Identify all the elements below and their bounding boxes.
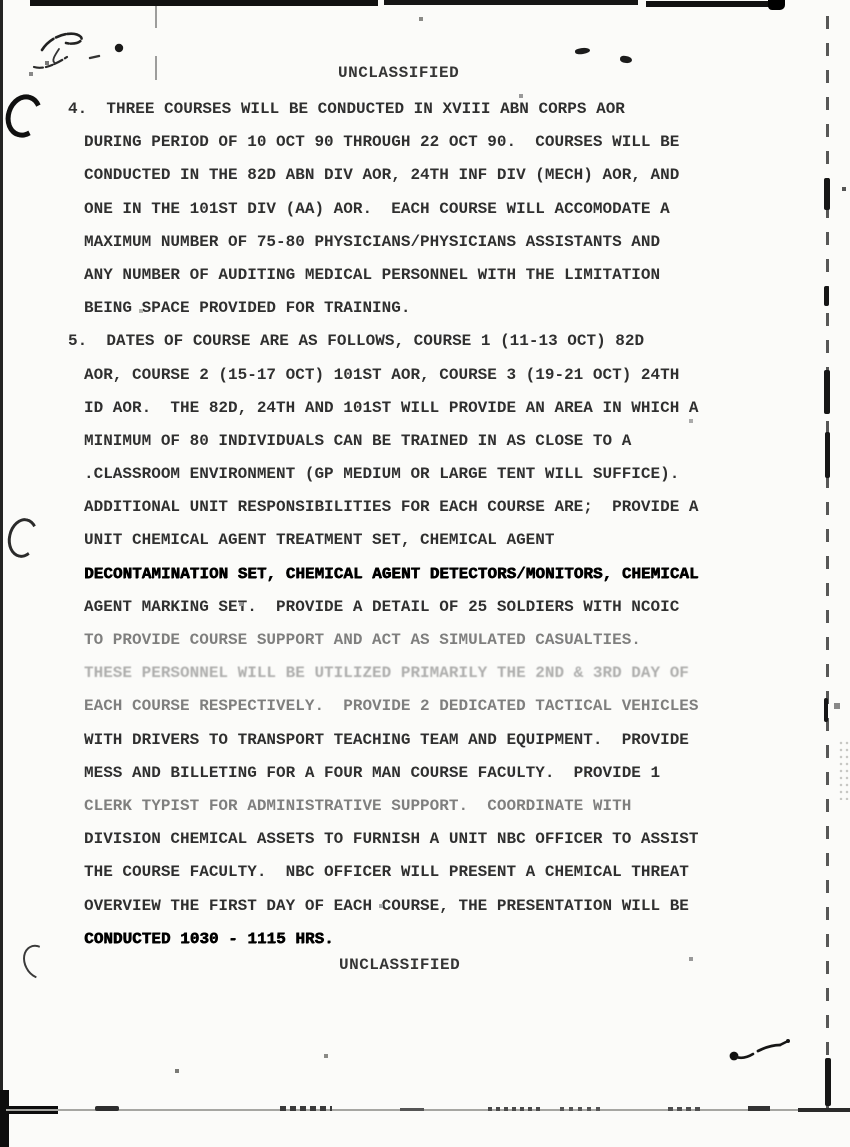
text-line: BEING SPACE PROVIDED FOR TRAINING. — [0, 292, 850, 325]
left-edge-scan-line — [0, 0, 3, 1147]
vertical-dash-mark — [155, 6, 157, 28]
text-line: UNIT CHEMICAL AGENT TREATMENT SET, CHEMI… — [0, 524, 850, 557]
text-line: THE COURSE FACULTY. NBC OFFICER WILL PRE… — [0, 856, 850, 889]
bottom-edge-ink-segment — [488, 1107, 544, 1111]
text-line: WITH DRIVERS TO TRANSPORT TEACHING TEAM … — [0, 724, 850, 757]
right-edge-ink-blob — [824, 178, 830, 210]
text-line: .CLASSROOM ENVIRONMENT (GP MEDIUM OR LAR… — [0, 458, 850, 491]
text-line: ID AOR. THE 82D, 24TH AND 101ST WILL PRO… — [0, 392, 850, 425]
top-edge-scan-line — [646, 1, 776, 7]
pen-check-mark — [722, 1036, 797, 1066]
right-edge-ink-blob — [824, 286, 829, 306]
top-edge-scan-line — [30, 0, 378, 6]
ink-smudge-mark — [575, 47, 591, 55]
text-line: MESS AND BILLETING FOR A FOUR MAN COURSE… — [0, 757, 850, 790]
classification-header: UNCLASSIFIED — [338, 64, 459, 82]
right-edge-ink-blob — [825, 1058, 831, 1106]
right-edge-ink-blob — [825, 432, 830, 478]
bottom-edge-scan-line — [6, 1109, 846, 1111]
scan-speckles — [0, 0, 2, 2]
text-line: DURING PERIOD OF 10 OCT 90 THROUGH 22 OC… — [0, 126, 850, 159]
document-lines: 4. THREE COURSES WILL BE CONDUCTED IN XV… — [0, 93, 850, 956]
text-line: AOR, COURSE 2 (15-17 OCT) 101ST AOR, COU… — [0, 359, 850, 392]
top-edge-ink-blob — [768, 0, 785, 10]
bottom-edge-ink-segment — [560, 1107, 604, 1111]
vertical-dash-mark — [155, 56, 157, 80]
bottom-edge-ink-segment — [400, 1108, 424, 1111]
bottom-edge-ink-segment — [798, 1108, 850, 1112]
top-edge-scan-line — [384, 0, 638, 5]
text-line: DECONTAMINATION SET, CHEMICAL AGENT DETE… — [0, 558, 850, 591]
text-line: TO PROVIDE COURSE SUPPORT AND ACT AS SIM… — [0, 624, 850, 657]
classification-footer: UNCLASSIFIED — [339, 956, 460, 974]
text-line: CONDUCTED 1030 - 1115 HRS. — [0, 923, 850, 956]
text-line: DIVISION CHEMICAL ASSETS TO FURNISH A UN… — [0, 823, 850, 856]
text-line: 4. THREE COURSES WILL BE CONDUCTED IN XV… — [0, 93, 850, 126]
text-line: MINIMUM OF 80 INDIVIDUALS CAN BE TRAINED… — [0, 425, 850, 458]
text-line: MAXIMUM NUMBER OF 75-80 PHYSICIANS/PHYSI… — [0, 226, 850, 259]
left-edge-scan-line — [0, 1090, 9, 1147]
bottom-edge-ink-segment — [280, 1106, 332, 1111]
text-line: AGENT MARKING SET. PROVIDE A DETAIL OF 2… — [0, 591, 850, 624]
text-line: CONDUCTED IN THE 82D ABN DIV AOR, 24TH I… — [0, 159, 850, 192]
text-line: CLERK TYPIST FOR ADMINISTRATIVE SUPPORT.… — [0, 790, 850, 823]
text-line: EACH COURSE RESPECTIVELY. PROVIDE 2 DEDI… — [0, 690, 850, 723]
text-line: 5. DATES OF COURSE ARE AS FOLLOWS, COURS… — [0, 325, 850, 358]
scan-speckle-field — [838, 740, 850, 800]
text-line: ONE IN THE 101ST DIV (AA) AOR. EACH COUR… — [0, 193, 850, 226]
text-line: THESE PERSONNEL WILL BE UTILIZED PRIMARI… — [0, 657, 850, 690]
bottom-edge-ink-segment — [668, 1107, 702, 1111]
text-line: ADDITIONAL UNIT RESPONSIBILITIES FOR EAC… — [0, 491, 850, 524]
bottom-edge-ink-segment — [748, 1106, 770, 1111]
text-line: ANY NUMBER OF AUDITING MEDICAL PERSONNEL… — [0, 259, 850, 292]
bottom-edge-ink-segment — [95, 1106, 119, 1111]
scanned-document-page: UNCLASSIFIED 4. THREE COURSES WILL BE CO… — [0, 0, 850, 1147]
text-line: OVERVIEW THE FIRST DAY OF EACH COURSE, T… — [0, 890, 850, 923]
right-edge-ink-blob — [824, 370, 830, 414]
ink-smudge-mark — [620, 55, 633, 63]
right-edge-ink-blob — [824, 698, 828, 722]
pen-scribble-mark — [28, 22, 138, 77]
